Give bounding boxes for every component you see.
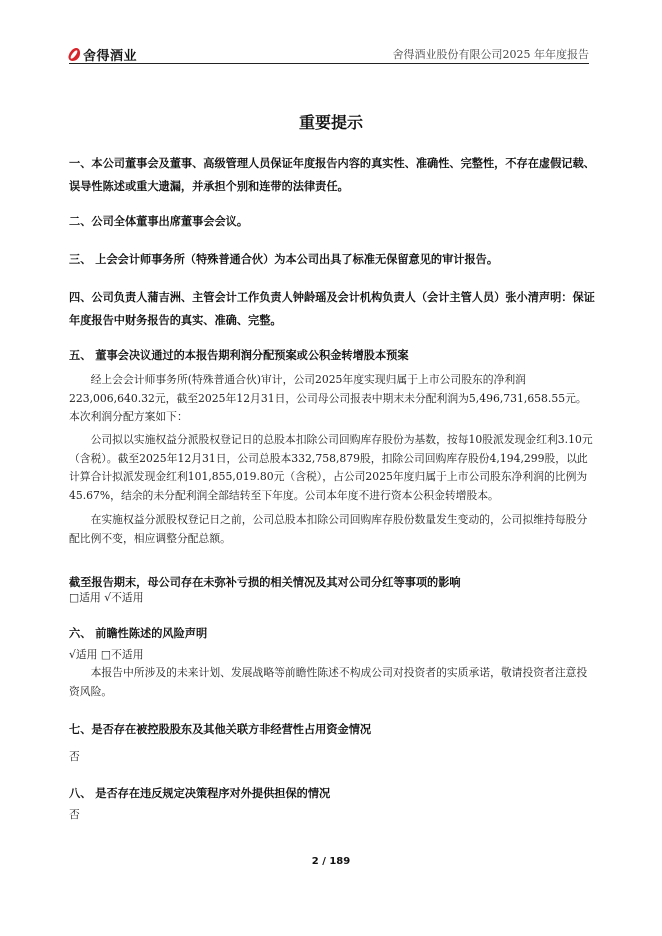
section-5-heading: 五、 董事会决议通过的本报告期利润分配预案或公积金转增股本预案 [69, 344, 595, 367]
company-logo: 舍得酒业 [69, 45, 137, 64]
loss-applicability: □适用 √不适用 [69, 590, 144, 605]
section-4: 四、公司负责人蒲吉洲、主管会计工作负责人钟龄瑶及会计机构负责人（会计主管人员）张… [69, 286, 595, 332]
page-title: 重要提示 [0, 110, 662, 133]
section-8-heading: 八、 是否存在违反规定决策程序对外提供担保的情况 [69, 782, 595, 805]
logo-mark-icon [67, 48, 81, 61]
report-title: 舍得酒业股份有限公司2025 年年度报告 [393, 46, 590, 62]
section-6-paragraph: 本报告中所涉及的未来计划、发展战略等前瞻性陈述不构成公司对投资者的实质承诺，敬请… [69, 664, 595, 701]
section-1: 一、本公司董事会及董事、高级管理人员保证年度报告内容的真实性、准确性、完整性，不… [69, 152, 595, 198]
section-6-heading: 六、 前瞻性陈述的风险声明 [69, 622, 595, 645]
section-2: 二、公司全体董事出席董事会会议。 [69, 210, 595, 233]
section-8-answer: 否 [69, 807, 80, 822]
section-5-paragraph-3: 在实施权益分派股权登记日之前，公司总股本扣除公司回购库存股份数量发生变动的，公司… [69, 511, 595, 548]
section-3: 三、 上会会计师事务所（特殊普通合伙）为本公司出具了标准无保留意见的审计报告。 [69, 248, 595, 271]
section-6-applicability: √适用 □不适用 [69, 647, 144, 662]
page-header: 舍得酒业 舍得酒业股份有限公司2025 年年度报告 [69, 44, 589, 64]
page-indicator: 2 / 189 [0, 856, 662, 867]
loss-heading: 截至报告期末，母公司存在未弥补亏损的相关情况及其对公司分红等事项的影响 [69, 571, 595, 594]
logo-text: 舍得酒业 [83, 45, 137, 64]
section-5-paragraph-2: 公司拟以实施权益分派股权登记日的总股本扣除公司回购库存股份为基数，按每10股派发… [69, 431, 595, 505]
section-5-paragraph-1: 经上会会计师事务所(特殊普通合伙)审计，公司2025年度实现归属于上市公司股东的… [69, 371, 595, 427]
section-7-heading: 七、是否存在被控股股东及其他关联方非经营性占用资金情况 [69, 718, 595, 741]
section-7-answer: 否 [69, 749, 80, 764]
